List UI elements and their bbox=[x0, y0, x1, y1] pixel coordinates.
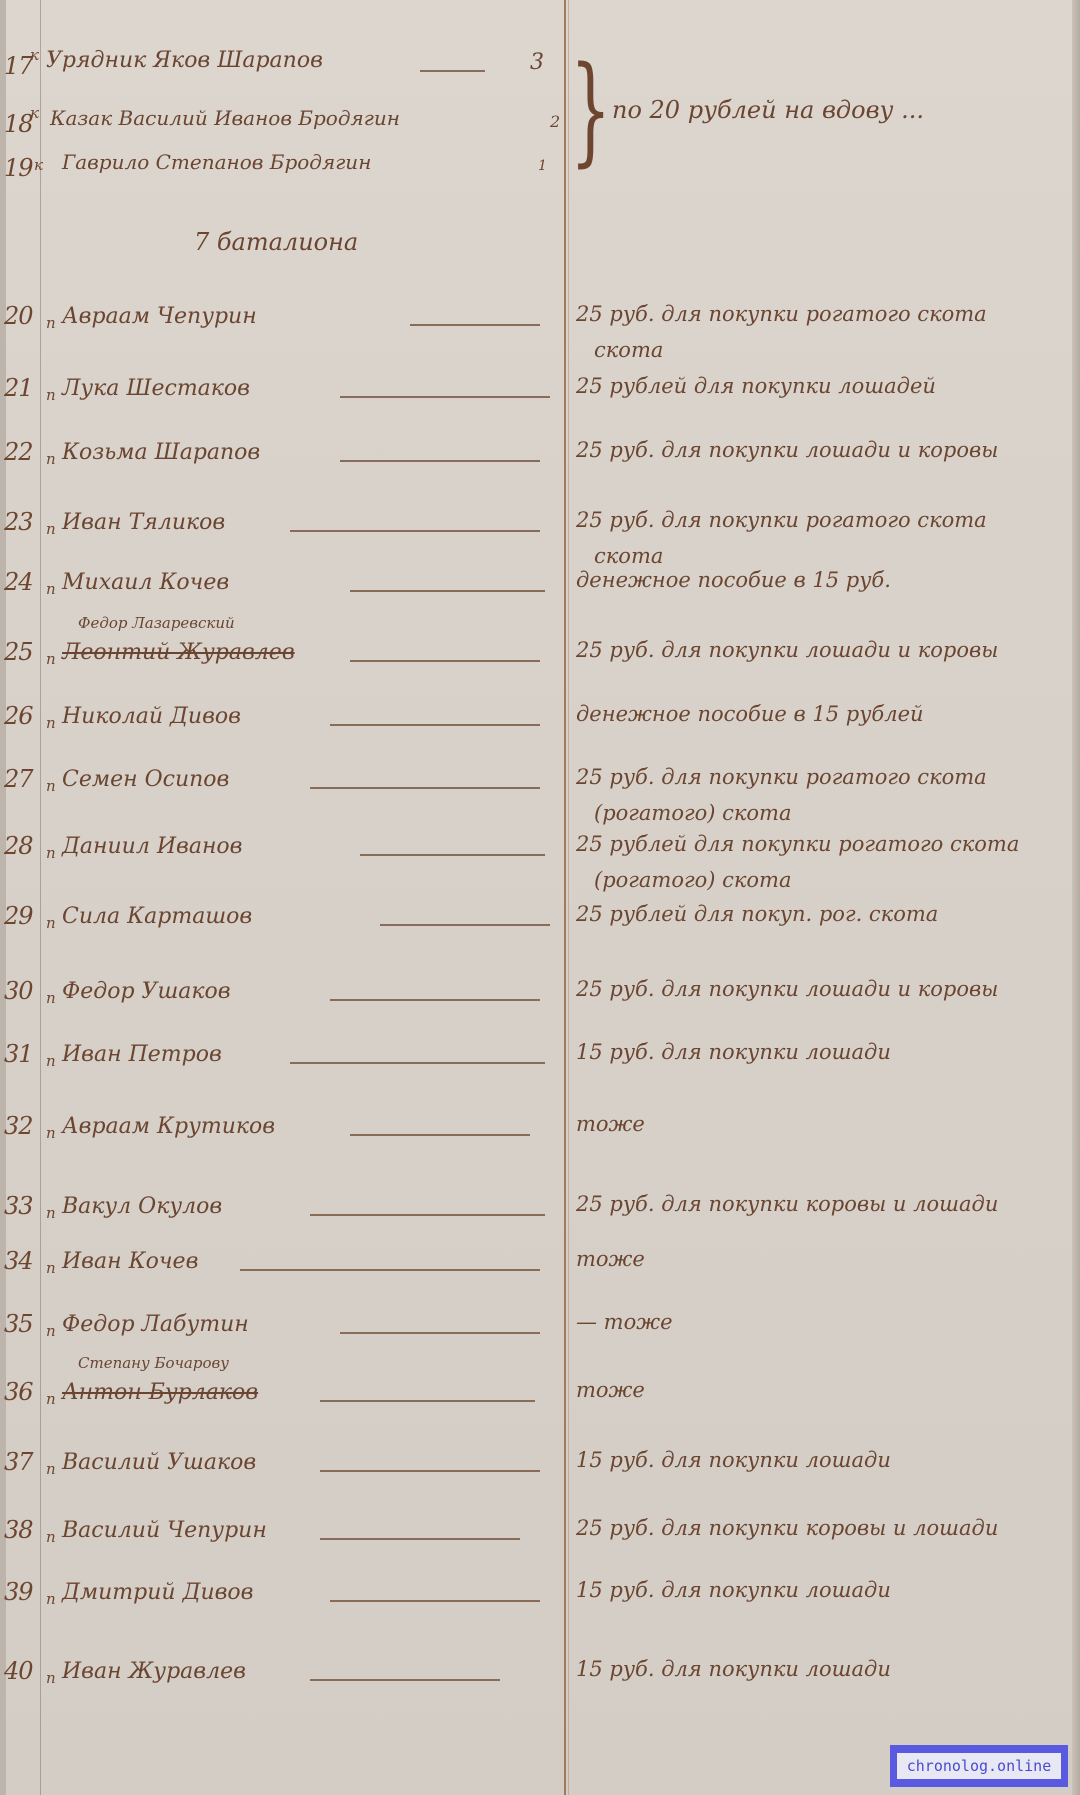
entry-row: 40 п Иван Журавлев 15 руб. для покупки л… bbox=[0, 1655, 1080, 1695]
dash-line bbox=[310, 787, 540, 789]
entry-count: 3 bbox=[530, 50, 544, 75]
entry-number: 17 bbox=[4, 52, 48, 80]
entry-row: 31 п Иван Петров 15 руб. для покупки лош… bbox=[0, 1038, 1080, 1078]
allowance-note-continuation: (рогатого) скота bbox=[594, 801, 791, 825]
entry-name: Авраам Чепурин bbox=[62, 304, 257, 329]
entry-number: 23 bbox=[4, 508, 48, 536]
rank-mark: п bbox=[46, 1390, 56, 1408]
entry-number: 22 bbox=[4, 438, 48, 466]
dash-line bbox=[330, 999, 540, 1001]
entry-number: 20 bbox=[4, 302, 48, 330]
entry-number: 37 bbox=[4, 1448, 48, 1476]
allowance-note: 25 руб. для покупки коровы и лошади bbox=[576, 1192, 998, 1216]
entry-number: 29 bbox=[4, 902, 48, 930]
allowance-note: тоже bbox=[576, 1378, 645, 1402]
entry-name: Василий Чепурин bbox=[62, 1518, 267, 1543]
entry-number: 35 bbox=[4, 1310, 48, 1338]
entry-row: 37 п Василий Ушаков 15 руб. для покупки … bbox=[0, 1446, 1080, 1486]
entry-name: Лука Шестаков bbox=[62, 376, 250, 401]
allowance-note: 25 руб. для покупки рогатого скота bbox=[576, 302, 987, 326]
allowance-note: 15 руб. для покупки лошади bbox=[576, 1448, 891, 1472]
rank-mark: п bbox=[46, 844, 56, 862]
entry-name: Авраам Крутиков bbox=[62, 1114, 275, 1139]
dash-line bbox=[240, 1269, 540, 1271]
dash-line bbox=[310, 1214, 545, 1216]
rank-mark: п bbox=[46, 1259, 56, 1277]
entry-number: 26 bbox=[4, 702, 48, 730]
entry-number: 34 bbox=[4, 1247, 48, 1275]
allowance-note: 25 руб. для покупки рогатого скота bbox=[576, 765, 987, 789]
dash-line bbox=[310, 1679, 500, 1681]
dash-line bbox=[360, 854, 545, 856]
dash-line bbox=[330, 724, 540, 726]
allowance-note-continuation: скота bbox=[594, 544, 663, 568]
rank-mark: п bbox=[46, 1052, 56, 1070]
dash-line bbox=[350, 1134, 530, 1136]
rank-mark: к bbox=[30, 104, 39, 122]
allowance-note: — тоже bbox=[576, 1310, 673, 1334]
entry-row: 21 п Лука Шестаков 25 рублей для покупки… bbox=[0, 372, 1080, 412]
entry-row: 20 п Авраам Чепурин 25 руб. для покупки … bbox=[0, 300, 1080, 340]
allowance-note: тоже bbox=[576, 1247, 645, 1271]
rank-mark: п bbox=[46, 1528, 56, 1546]
allowance-note: 25 руб. для покупки лошади и коровы bbox=[576, 638, 998, 662]
entry-name: Иван Петров bbox=[62, 1042, 222, 1067]
allowance-note: тоже bbox=[576, 1112, 645, 1136]
entry-number: 25 bbox=[4, 638, 48, 666]
entry-name: Казак Василий Иванов Бродягин bbox=[50, 106, 400, 130]
rank-mark: п bbox=[46, 450, 56, 468]
allowance-note: 15 руб. для покупки лошади bbox=[576, 1578, 891, 1602]
entry-row: 22 п Козьма Шарапов 25 руб. для покупки … bbox=[0, 436, 1080, 476]
section-heading: 7 баталиона bbox=[194, 228, 358, 256]
entry-row: 25 п Леонтий Журавлев 25 руб. для покупк… bbox=[0, 636, 1080, 676]
entry-row: 35 п Федор Лабутин — тоже bbox=[0, 1308, 1080, 1348]
entry-row: 34 п Иван Кочев тоже bbox=[0, 1245, 1080, 1285]
entry-row: 39 п Дмитрий Дивов 15 руб. для покупки л… bbox=[0, 1576, 1080, 1616]
rank-mark: п bbox=[46, 1460, 56, 1478]
allowance-note: денежное пособие в 15 руб. bbox=[576, 568, 891, 592]
dash-line bbox=[420, 70, 485, 72]
entry-number: 38 bbox=[4, 1516, 48, 1544]
rank-mark: п bbox=[46, 1590, 56, 1608]
entry-number: 27 bbox=[4, 765, 48, 793]
dash-line bbox=[290, 1062, 545, 1064]
entry-number: 36 bbox=[4, 1378, 48, 1406]
entry-number: 39 bbox=[4, 1578, 48, 1606]
dash-line bbox=[320, 1538, 520, 1540]
allowance-note: 25 рублей для покупки лошадей bbox=[576, 374, 936, 398]
rank-mark: п bbox=[46, 386, 56, 404]
allowance-note: 15 руб. для покупки лошади bbox=[576, 1040, 891, 1064]
dash-line bbox=[350, 660, 540, 662]
brace-icon: } bbox=[570, 50, 611, 168]
dash-line bbox=[320, 1470, 540, 1472]
entry-name: Семен Осипов bbox=[62, 767, 229, 792]
allowance-note-continuation: скота bbox=[594, 338, 663, 362]
entry-number: 40 bbox=[4, 1657, 48, 1685]
dash-line bbox=[350, 590, 545, 592]
rank-mark: к bbox=[34, 156, 43, 174]
rank-mark: п bbox=[46, 1322, 56, 1340]
allowance-note: денежное пособие в 15 рублей bbox=[576, 702, 924, 726]
entry-name: Даниил Иванов bbox=[62, 834, 242, 859]
entry-number: 21 bbox=[4, 374, 48, 402]
entry-name: Иван Журавлев bbox=[62, 1659, 246, 1684]
entry-number: 24 bbox=[4, 568, 48, 596]
allowance-note: 15 руб. для покупки лошади bbox=[576, 1657, 891, 1681]
entry-name: Вакул Окулов bbox=[62, 1194, 222, 1219]
watermark-text: chronolog.online bbox=[897, 1753, 1062, 1779]
entry-name: Василий Ушаков bbox=[62, 1450, 256, 1475]
allowance-note-continuation: (рогатого) скота bbox=[594, 868, 791, 892]
entry-row: 23 п Иван Тяликов 25 руб. для покупки ро… bbox=[0, 506, 1080, 546]
rank-mark: п bbox=[46, 777, 56, 795]
entry-row: 29 п Сила Карташов 25 рублей для покуп. … bbox=[0, 900, 1080, 940]
dash-line bbox=[410, 324, 540, 326]
entry-row: 24 п Михаил Кочев денежное пособие в 15 … bbox=[0, 566, 1080, 606]
dash-line bbox=[340, 1332, 540, 1334]
entry-row: 19 к Гаврило Степанов Бродягин 1 bbox=[0, 150, 1080, 190]
entry-name: Козьма Шарапов bbox=[62, 440, 260, 465]
dash-line bbox=[380, 924, 550, 926]
entry-name: Федор Лабутин bbox=[62, 1312, 249, 1337]
entry-name: Иван Кочев bbox=[62, 1249, 198, 1274]
entry-name: Урядник Яков Шарапов bbox=[46, 48, 323, 73]
entry-name: Николай Дивов bbox=[62, 704, 241, 729]
allowance-note: 25 руб. для покупки рогатого скота bbox=[576, 508, 987, 532]
entry-row: 36 п Антон Бурлаков тоже Степану Бочаров… bbox=[0, 1376, 1080, 1416]
rank-mark: п bbox=[46, 1204, 56, 1222]
entry-name: Антон Бурлаков bbox=[62, 1380, 258, 1405]
entry-row: 17 к Урядник Яков Шарапов 3 bbox=[0, 48, 1080, 88]
dash-line bbox=[290, 530, 540, 532]
rank-mark: к bbox=[30, 46, 39, 64]
allowance-note: 25 руб. для покупки лошади и коровы bbox=[576, 977, 998, 1001]
entry-name: Гаврило Степанов Бродягин bbox=[62, 150, 371, 174]
entry-number: 28 bbox=[4, 832, 48, 860]
rank-mark: п bbox=[46, 520, 56, 538]
rank-mark: п bbox=[46, 1669, 56, 1687]
dash-line bbox=[330, 1600, 540, 1602]
entry-number: 18 bbox=[4, 110, 48, 138]
bracket-note: по 20 рублей на вдову ... bbox=[612, 96, 924, 124]
allowance-note: 25 руб. для покупки коровы и лошади bbox=[576, 1516, 998, 1540]
entry-number: 33 bbox=[4, 1192, 48, 1220]
entry-count: 2 bbox=[550, 112, 560, 131]
dash-line bbox=[340, 396, 550, 398]
entry-count: 1 bbox=[538, 158, 547, 174]
rank-mark: п bbox=[46, 314, 56, 332]
name-correction: Федор Лазаревский bbox=[78, 614, 235, 632]
entry-row: 27 п Семен Осипов 25 руб. для покупки ро… bbox=[0, 763, 1080, 803]
entry-row: 32 п Авраам Крутиков тоже bbox=[0, 1110, 1080, 1150]
entry-name: Федор Ушаков bbox=[62, 979, 231, 1004]
allowance-note: 25 рублей для покупки рогатого скота bbox=[576, 832, 1019, 856]
rank-mark: п bbox=[46, 580, 56, 598]
rank-mark: п bbox=[46, 1124, 56, 1142]
rank-mark: п bbox=[46, 714, 56, 732]
entry-row: 38 п Василий Чепурин 25 руб. для покупки… bbox=[0, 1514, 1080, 1554]
entry-number: 31 bbox=[4, 1040, 48, 1068]
rank-mark: п bbox=[46, 914, 56, 932]
entry-row: 28 п Даниил Иванов 25 рублей для покупки… bbox=[0, 830, 1080, 870]
entry-name: Дмитрий Дивов bbox=[62, 1580, 253, 1605]
entry-name: Сила Карташов bbox=[62, 904, 252, 929]
entry-number: 30 bbox=[4, 977, 48, 1005]
entry-name: Леонтий Журавлев bbox=[62, 640, 295, 665]
entry-row: 33 п Вакул Окулов 25 руб. для покупки ко… bbox=[0, 1190, 1080, 1230]
entry-row: 30 п Федор Ушаков 25 руб. для покупки ло… bbox=[0, 975, 1080, 1015]
entry-name: Михаил Кочев bbox=[62, 570, 229, 595]
allowance-note: 25 рублей для покуп. рог. скота bbox=[576, 902, 938, 926]
watermark: chronolog.online bbox=[890, 1745, 1068, 1787]
entry-number: 32 bbox=[4, 1112, 48, 1140]
entry-row: 26 п Николай Дивов денежное пособие в 15… bbox=[0, 700, 1080, 740]
rank-mark: п bbox=[46, 650, 56, 668]
allowance-note: 25 руб. для покупки лошади и коровы bbox=[576, 438, 998, 462]
name-correction: Степану Бочарову bbox=[78, 1354, 229, 1372]
rank-mark: п bbox=[46, 989, 56, 1007]
dash-line bbox=[340, 460, 540, 462]
entry-name: Иван Тяликов bbox=[62, 510, 225, 535]
dash-line bbox=[320, 1400, 535, 1402]
